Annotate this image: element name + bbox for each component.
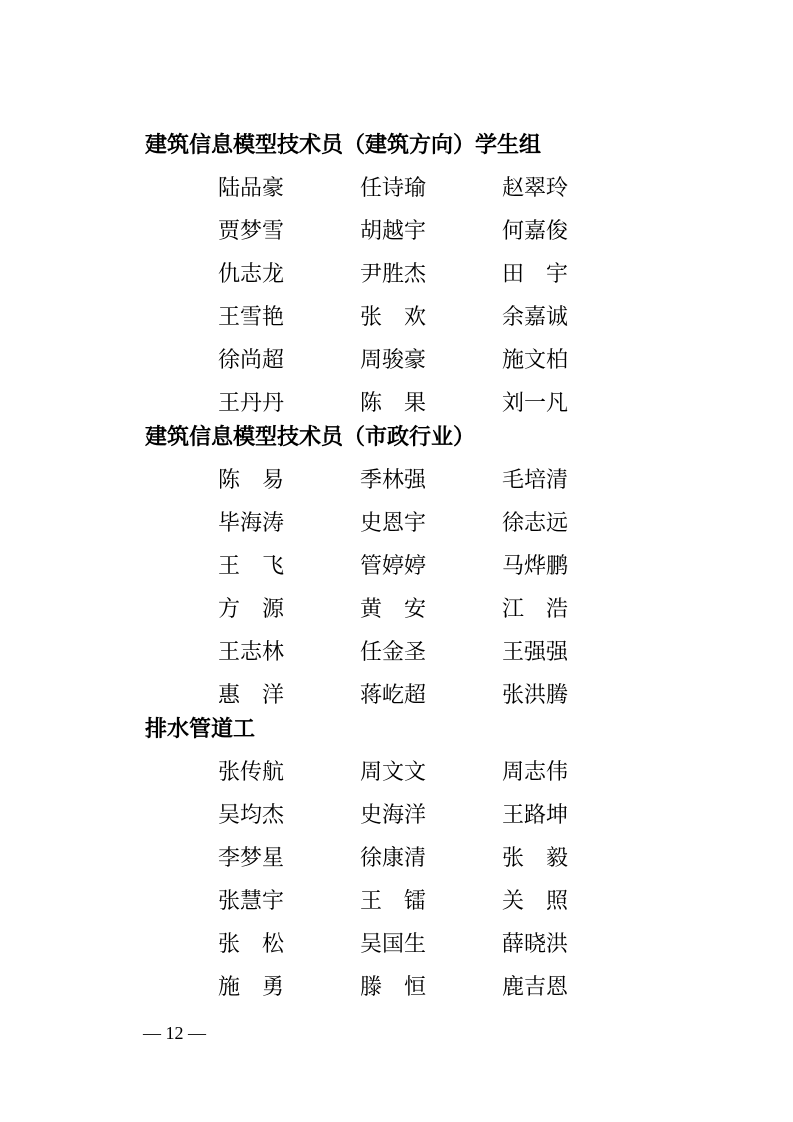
name-row: 吴均杰 史海洋 王路坤 xyxy=(145,793,568,836)
person-name: 张 毅 xyxy=(502,836,568,879)
person-name: 毛培清 xyxy=(502,458,568,501)
person-name: 任金圣 xyxy=(360,630,426,673)
person-name: 毕海涛 xyxy=(218,501,284,544)
person-name: 王志林 xyxy=(218,630,284,673)
person-name: 施文柏 xyxy=(502,338,568,381)
person-name: 薛晓洪 xyxy=(502,922,568,965)
person-name: 张慧宇 xyxy=(218,879,284,922)
person-name: 江 浩 xyxy=(502,587,568,630)
person-name: 张 欢 xyxy=(360,295,426,338)
person-name: 管婷婷 xyxy=(360,544,426,587)
page-number: — 12 — xyxy=(143,1023,206,1043)
person-name: 徐志远 xyxy=(502,501,568,544)
person-name: 史海洋 xyxy=(360,793,426,836)
person-name: 周骏豪 xyxy=(360,338,426,381)
person-name: 王雪艳 xyxy=(218,295,284,338)
person-name: 任诗瑜 xyxy=(360,166,426,209)
section-heading: 建筑信息模型技术员（建筑方向）学生组 xyxy=(145,123,568,166)
person-name: 周文文 xyxy=(360,750,426,793)
person-name: 张洪腾 xyxy=(502,673,568,716)
name-row: 王志林 任金圣 王强强 xyxy=(145,630,568,673)
person-name: 胡越宇 xyxy=(360,209,426,252)
person-name: 尹胜杰 xyxy=(360,252,426,295)
person-name: 陆品豪 xyxy=(218,166,284,209)
person-name: 王强强 xyxy=(502,630,568,673)
person-name: 王路坤 xyxy=(502,793,568,836)
person-name: 关 照 xyxy=(502,879,568,922)
name-row: 徐尚超 周骏豪 施文柏 xyxy=(145,338,568,381)
name-row: 王雪艳 张 欢 余嘉诚 xyxy=(145,295,568,338)
person-name: 王 镭 xyxy=(360,879,426,922)
person-name: 季林强 xyxy=(360,458,426,501)
name-row: 仇志龙 尹胜杰 田 宇 xyxy=(145,252,568,295)
name-row: 贾梦雪 胡越宇 何嘉俊 xyxy=(145,209,568,252)
name-row: 张 松 吴国生 薛晓洪 xyxy=(145,922,568,965)
person-name: 李梦星 xyxy=(218,836,284,879)
person-name: 田 宇 xyxy=(502,252,568,295)
section-bim-architecture-students: 建筑信息模型技术员（建筑方向）学生组 陆品豪 任诗瑜 赵翠玲 贾梦雪 胡越宇 何… xyxy=(145,123,568,424)
name-row: 张传航 周文文 周志伟 xyxy=(145,750,568,793)
name-row: 陆品豪 任诗瑜 赵翠玲 xyxy=(145,166,568,209)
name-row: 张慧宇 王 镭 关 照 xyxy=(145,879,568,922)
page-content: 建筑信息模型技术员（建筑方向）学生组 陆品豪 任诗瑜 赵翠玲 贾梦雪 胡越宇 何… xyxy=(145,123,568,1008)
person-name: 张传航 xyxy=(218,750,284,793)
person-name: 蒋屹超 xyxy=(360,673,426,716)
person-name: 仇志龙 xyxy=(218,252,284,295)
name-row: 方 源 黄 安 江 浩 xyxy=(145,587,568,630)
person-name: 吴均杰 xyxy=(218,793,284,836)
person-name: 方 源 xyxy=(218,587,284,630)
person-name: 徐尚超 xyxy=(218,338,284,381)
person-name: 徐康清 xyxy=(360,836,426,879)
name-row: 毕海涛 史恩宇 徐志远 xyxy=(145,501,568,544)
person-name: 史恩宇 xyxy=(360,501,426,544)
document-page: 建筑信息模型技术员（建筑方向）学生组 陆品豪 任诗瑜 赵翠玲 贾梦雪 胡越宇 何… xyxy=(0,0,793,1122)
person-name: 王 飞 xyxy=(218,544,284,587)
section-drainage-pipeline-worker: 排水管道工 张传航 周文文 周志伟 吴均杰 史海洋 王路坤 李梦星 徐康清 张 … xyxy=(145,707,568,1008)
person-name: 施 勇 xyxy=(218,965,284,1008)
name-row: 王 飞 管婷婷 马烨鹏 xyxy=(145,544,568,587)
person-name: 吴国生 xyxy=(360,922,426,965)
page-footer: — 12 — xyxy=(125,997,206,1069)
person-name: 张 松 xyxy=(218,922,284,965)
person-name: 周志伟 xyxy=(502,750,568,793)
person-name: 余嘉诚 xyxy=(502,295,568,338)
person-name: 赵翠玲 xyxy=(502,166,568,209)
person-name: 马烨鹏 xyxy=(502,544,568,587)
name-row: 陈 易 季林强 毛培清 xyxy=(145,458,568,501)
person-name: 贾梦雪 xyxy=(218,209,284,252)
person-name: 何嘉俊 xyxy=(502,209,568,252)
person-name: 滕 恒 xyxy=(360,965,426,1008)
person-name: 鹿吉恩 xyxy=(502,965,568,1008)
name-row: 施 勇 滕 恒 鹿吉恩 xyxy=(145,965,568,1008)
person-name: 刘一凡 xyxy=(502,381,568,424)
name-row: 李梦星 徐康清 张 毅 xyxy=(145,836,568,879)
person-name: 黄 安 xyxy=(360,587,426,630)
section-bim-municipal: 建筑信息模型技术员（市政行业） 陈 易 季林强 毛培清 毕海涛 史恩宇 徐志远 … xyxy=(145,415,568,716)
person-name: 陈 易 xyxy=(218,458,284,501)
